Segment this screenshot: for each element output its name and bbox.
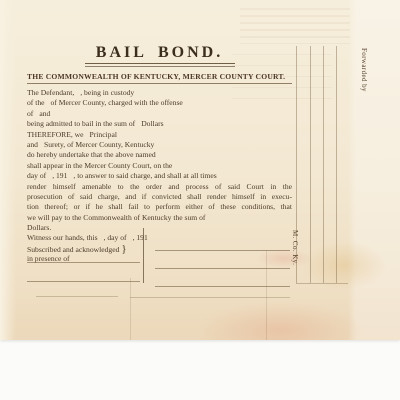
line-dollars: Dollars.	[27, 223, 292, 233]
text-segment: and	[27, 140, 38, 150]
line-undertake: do hereby undertake that the above named	[27, 150, 292, 160]
fold-crease	[130, 278, 131, 340]
form-body: BAIL BOND. THE COMMONWEALTH OF KENTUCKY,…	[27, 0, 292, 265]
text-segment: render himself amenable to the order and…	[27, 182, 292, 191]
forwarded-by-label: Forwarded by	[360, 48, 368, 92]
line-prosecution: prosecution of said charge, and if convi…	[27, 192, 292, 202]
text-segment: Dollars.	[27, 223, 51, 233]
signature-line	[155, 268, 290, 269]
title-underline	[85, 63, 235, 67]
text-segment: , to answer to said charge, and shall at…	[73, 171, 216, 181]
text-segment: THEREFORE, we	[27, 130, 84, 140]
line-pay-commonwealth: we will pay to the Commonwealth of Kentu…	[27, 213, 292, 223]
divider-rule	[143, 228, 144, 283]
text-segment: tion thereof; or if he shall fail to per…	[27, 202, 292, 211]
line-bail-sum: being admitted to bail in the sum of Dol…	[27, 119, 292, 129]
witness-signature-line	[27, 281, 140, 282]
line-witness: Witness our hands, this , day of , 191	[27, 233, 292, 243]
panel-bottom-rule	[296, 283, 348, 284]
text-segment: of Mercer County, charged with the offen…	[51, 98, 183, 108]
text-segment: shall appear in the Mercer County Court,…	[27, 161, 172, 171]
fold-line	[323, 46, 324, 283]
scanned-document-view: BAIL BOND. THE COMMONWEALTH OF KENTUCKY,…	[0, 0, 400, 400]
text-segment: , being in custody	[80, 88, 134, 98]
text-segment: Surety, of Mercer County, Kentucky	[44, 140, 154, 150]
signature-line	[155, 250, 290, 251]
text-segment: Dollars	[141, 119, 163, 129]
text-segment: Principal	[90, 130, 117, 140]
document-subtitle: THE COMMONWEALTH OF KENTUCKY, MERCER COU…	[27, 72, 292, 81]
line-presence: in presence of	[27, 254, 292, 264]
text-segment: day of	[27, 171, 46, 181]
line-appear: shall appear in the Mercer County Court,…	[27, 161, 292, 171]
signature-line	[155, 286, 290, 287]
brace-mark: }	[121, 244, 126, 254]
fold-crease	[266, 250, 267, 340]
text-segment: being admitted to bail in the sum of	[27, 119, 135, 129]
line-therefore: THEREFORE, we Principal	[27, 130, 292, 140]
subtitle-rule	[27, 83, 292, 84]
county-mark-label: M. Co. Ky.	[291, 230, 299, 265]
text-segment: do hereby undertake that the above named	[27, 150, 156, 160]
text-segment: Witness our hands, this	[27, 233, 98, 243]
line-conditions: tion thereof; or if he shall fail to per…	[27, 202, 292, 212]
text-segment: , 191	[52, 171, 67, 181]
form-lines: The Defendant, , being in custody of the…	[27, 88, 292, 265]
line-render: render himself amenable to the order and…	[27, 182, 292, 192]
text-segment: and	[39, 109, 50, 119]
witness-signature-line	[36, 296, 118, 297]
text-segment: of the	[27, 98, 45, 108]
text-segment: we will pay to the Commonwealth of Kentu…	[27, 213, 205, 223]
witness-signature-line	[27, 262, 140, 263]
line-offense: of and	[27, 109, 292, 119]
text-segment: prosecution of said charge, and if convi…	[27, 192, 292, 201]
text-segment: in presence of	[27, 254, 70, 264]
text-segment: , 191	[133, 233, 148, 243]
line-day-of: day of , 191 , to answer to said charge,…	[27, 171, 292, 181]
fold-line	[336, 46, 337, 283]
text-segment: of	[27, 109, 33, 119]
document-title: BAIL BOND.	[27, 44, 292, 61]
line-surety: and Surety, of Mercer County, Kentucky	[27, 140, 292, 150]
line-defendant: The Defendant, , being in custody	[27, 88, 292, 98]
bail-bond-paper: BAIL BOND. THE COMMONWEALTH OF KENTUCKY,…	[0, 0, 400, 340]
fold-line	[310, 46, 311, 283]
line-custody: of the of Mercer County, charged with th…	[27, 98, 292, 108]
text-segment: The Defendant,	[27, 88, 74, 98]
